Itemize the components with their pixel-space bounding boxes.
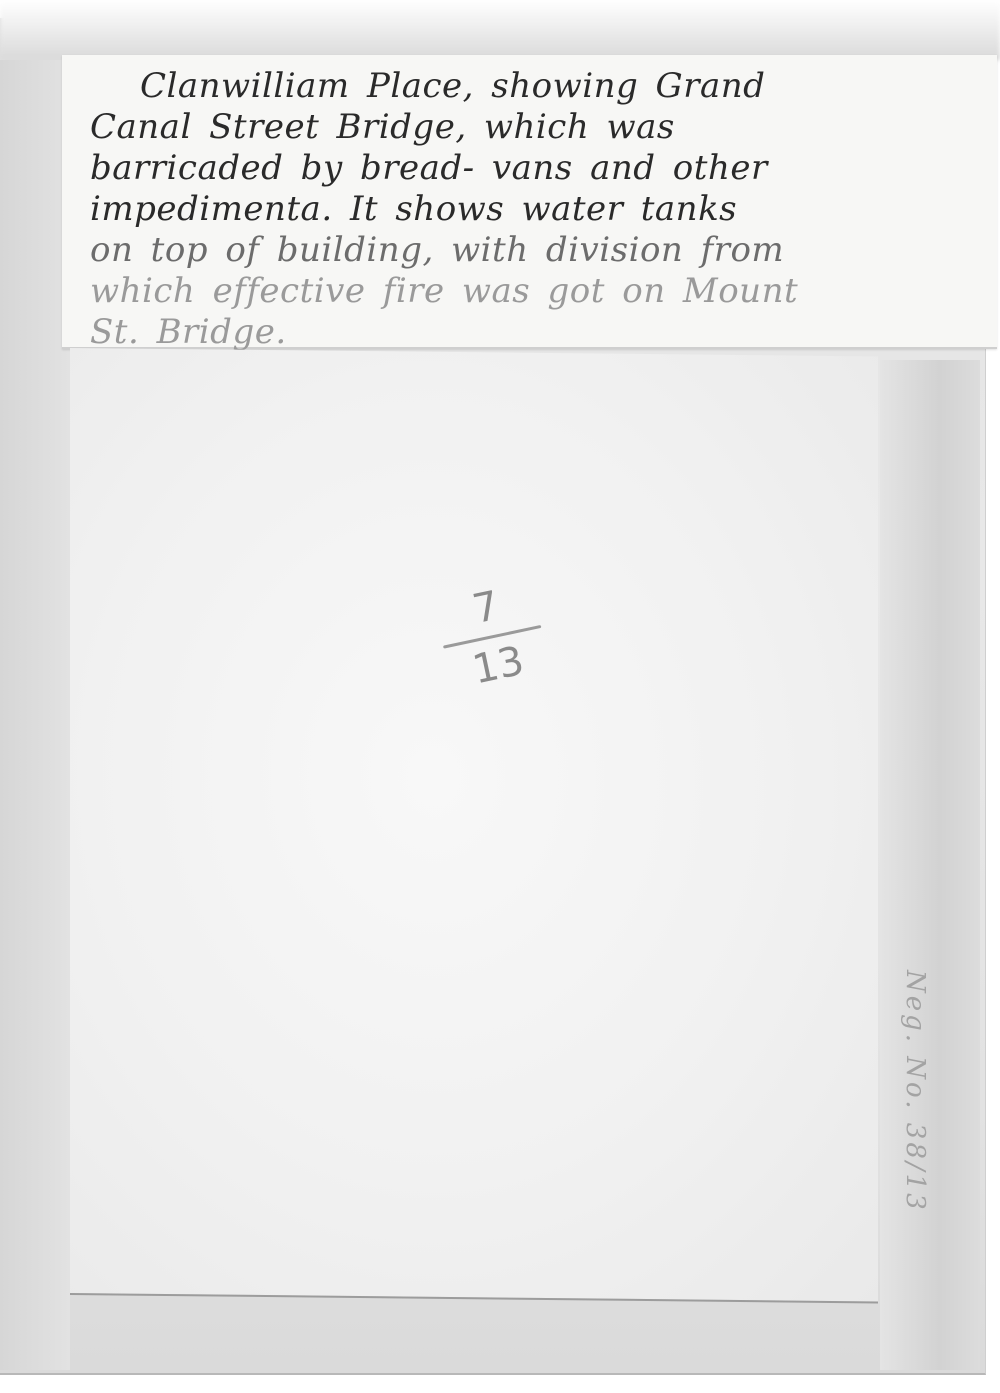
- caption-line: barricaded by bread- vans and other: [90, 148, 970, 189]
- handwritten-caption: Clanwilliam Place, showing Grand Canal S…: [90, 66, 970, 353]
- caption-line: impedimenta. It shows water tanks: [90, 189, 970, 230]
- caption-line: Canal Street Bridge, which was: [90, 107, 970, 148]
- photo-back-sheet: [70, 348, 878, 1303]
- caption-line: Clanwilliam Place, showing Grand: [90, 66, 970, 107]
- sleeve-top-fold: [0, 0, 1000, 60]
- sleeve-right-edge: [880, 360, 980, 1370]
- caption-line: St. Bridge.: [90, 312, 970, 353]
- sleeve-left-edge: [0, 60, 70, 1370]
- edge-note: Neg. No. 38/13: [900, 970, 930, 1213]
- caption-line: on top of building, with division from: [90, 230, 970, 271]
- caption-line: which effective fire was got on Mount: [90, 271, 970, 312]
